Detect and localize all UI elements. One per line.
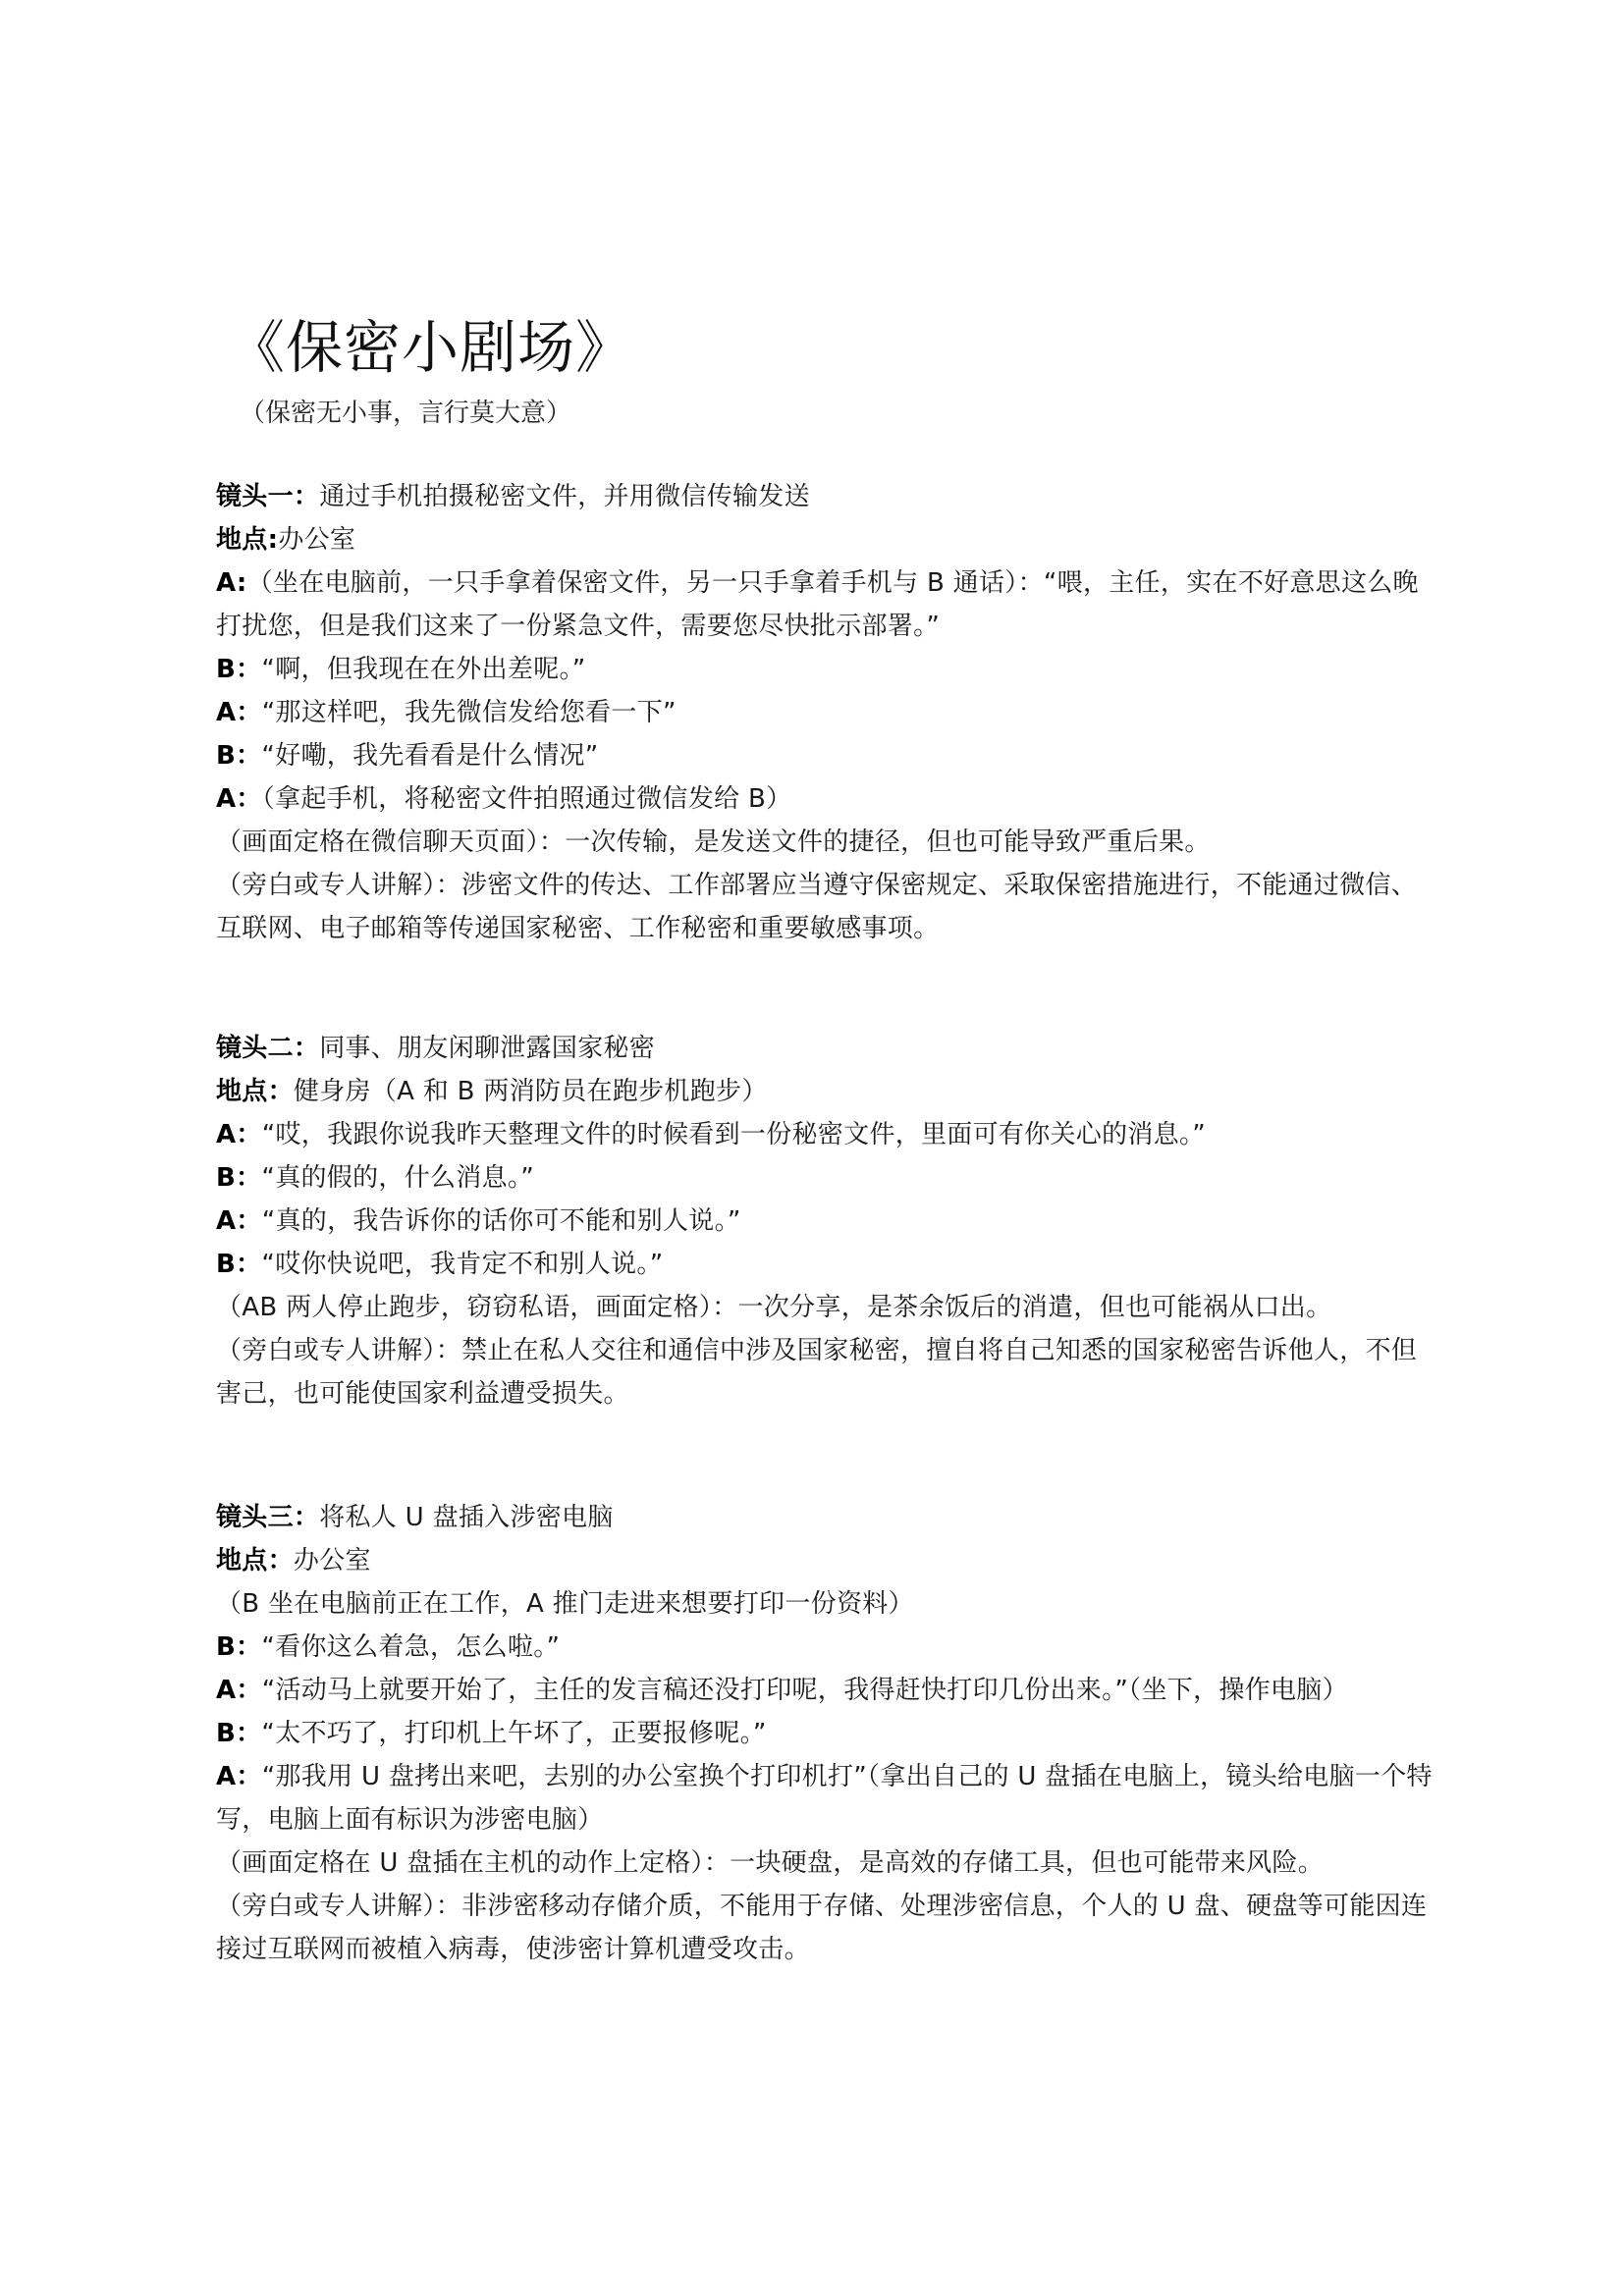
location-label: 地点： — [216, 1077, 294, 1106]
speaker: B： — [216, 1632, 261, 1662]
scene-heading-text: 同事、朋友闲聊泄露国家秘密 — [319, 1034, 655, 1063]
dialogue-line: A:（坐在电脑前，一只手拿着保密文件，另一只手拿着手机与 B 通话）：“喂，主任… — [216, 561, 1438, 648]
stage-direction: （画面定格在微信聊天页面）：一次传输，是发送文件的捷径，但也可能导致严重后果。 — [216, 821, 1438, 864]
speaker: B： — [216, 1719, 261, 1748]
speaker: A： — [216, 1206, 262, 1236]
scene-heading: 镜头二：同事、朋友闲聊泄露国家秘密 — [216, 1027, 1438, 1070]
dialogue-text: “那这样吧，我先微信发给您看一下” — [262, 698, 677, 727]
direction-text: （AB 两人停止跑步，窃窃私语，画面定格）：一次分享，是茶余饭后的消遣，但也可能… — [216, 1293, 1331, 1322]
dialogue-text: “好嘞，我先看看是什么情况” — [261, 741, 598, 771]
dialogue-text: “那我用 U 盘拷出来吧，去别的办公室换个打印机打”（拿出自己的 U 盘插在电脑… — [216, 1762, 1433, 1835]
dialogue-text: “啊，但我现在在外出差呢。” — [261, 655, 585, 684]
dialogue-text: “真的，我告诉你的话你可不能和别人说。” — [262, 1206, 741, 1236]
dialogue-text: “真的假的，什么消息。” — [261, 1163, 534, 1193]
speaker: A： — [216, 698, 262, 727]
speaker: A： — [216, 1762, 262, 1791]
dialogue-text: “哎你快说吧，我肯定不和别人说。” — [261, 1250, 663, 1279]
narration: （旁白或专人讲解）：禁止在私人交往和通信中涉及国家秘密，擅自将自己知悉的国家秘密… — [216, 1329, 1438, 1415]
narration-text: （旁白或专人讲解）：非涉密移动存储介质，不能用于存储、处理涉密信息，个人的 U … — [216, 1892, 1427, 1964]
dialogue-line: A：“真的，我告诉你的话你可不能和别人说。” — [216, 1200, 1438, 1243]
location-text: 办公室 — [294, 1546, 371, 1575]
narration-text: （旁白或专人讲解）：涉密文件的传达、工作部署应当遵守保密规定、采取保密措施进行，… — [216, 871, 1417, 943]
scene-heading-label: 镜头三： — [216, 1503, 319, 1532]
dialogue-line: B：“看你这么着急，怎么啦。” — [216, 1626, 1438, 1669]
location-text: 办公室 — [278, 525, 355, 555]
narration: （旁白或专人讲解）：非涉密移动存储介质，不能用于存储、处理涉密信息，个人的 U … — [216, 1885, 1438, 1971]
speaker: B： — [216, 741, 261, 771]
stage-direction: （AB 两人停止跑步，窃窃私语，画面定格）：一次分享，是茶余饭后的消遣，但也可能… — [216, 1286, 1438, 1329]
scene-location: 地点：健身房（A 和 B 两消防员在跑步机跑步） — [216, 1070, 1438, 1113]
dialogue-line: A：“那这样吧，我先微信发给您看一下” — [216, 691, 1438, 734]
dialogue-line: B：“真的假的，什么消息。” — [216, 1156, 1438, 1200]
dialogue-text: “活动马上就要开始了，主任的发言稿还没打印呢，我得赶快打印几份出来。”（坐下，操… — [262, 1676, 1348, 1705]
dialogue-text: “哎，我跟你说我昨天整理文件的时候看到一份秘密文件，里面可有你关心的消息。” — [262, 1120, 1206, 1149]
stage-direction: （B 坐在电脑前正在工作，A 推门走进来想要打印一份资料） — [216, 1582, 1438, 1626]
speaker: A： — [216, 1676, 262, 1705]
dialogue-line: B：“好嘞，我先看看是什么情况” — [216, 734, 1438, 777]
scene-heading: 镜头一：通过手机拍摄秘密文件，并用微信传输发送 — [216, 475, 1438, 518]
scene-location: 地点:办公室 — [216, 518, 1438, 561]
speaker: A： — [216, 784, 262, 814]
dialogue-line: A：（拿起手机，将秘密文件拍照通过微信发给 B） — [216, 777, 1438, 821]
stage-direction: （画面定格在 U 盘插在主机的动作上定格）：一块硬盘，是高效的存储工具，但也可能… — [216, 1842, 1438, 1885]
speaker: B： — [216, 1163, 261, 1193]
speaker: A: — [216, 568, 247, 598]
page-title: 《保密小剧场》 — [228, 312, 633, 383]
scene-1: 镜头一：通过手机拍摄秘密文件，并用微信传输发送 地点:办公室 A:（坐在电脑前，… — [216, 475, 1438, 950]
scene-heading-label: 镜头二： — [216, 1034, 319, 1063]
direction-text: （B 坐在电脑前正在工作，A 推门走进来想要打印一份资料） — [216, 1589, 914, 1619]
scene-heading-label: 镜头一： — [216, 482, 319, 511]
dialogue-line: A：“那我用 U 盘拷出来吧，去别的办公室换个打印机打”（拿出自己的 U 盘插在… — [216, 1755, 1438, 1842]
scene-heading-text: 通过手机拍摄秘密文件，并用微信传输发送 — [319, 482, 810, 511]
speaker: B： — [216, 655, 261, 684]
dialogue-text: （坐在电脑前，一只手拿着保密文件，另一只手拿着手机与 B 通话）：“喂，主任，实… — [216, 568, 1419, 641]
speaker: B： — [216, 1250, 261, 1279]
speaker: A： — [216, 1120, 262, 1149]
narration-text: （旁白或专人讲解）：禁止在私人交往和通信中涉及国家秘密，擅自将自己知悉的国家秘密… — [216, 1336, 1417, 1409]
dialogue-text: “看你这么着急，怎么啦。” — [261, 1632, 560, 1662]
dialogue-line: B：“啊，但我现在在外出差呢。” — [216, 648, 1438, 691]
scene-heading-text: 将私人 U 盘插入涉密电脑 — [319, 1503, 613, 1532]
dialogue-text: （拿起手机，将秘密文件拍照通过微信发给 B） — [262, 784, 792, 814]
direction-text: （画面定格在 U 盘插在主机的动作上定格）：一块硬盘，是高效的存储工具，但也可能… — [216, 1848, 1324, 1878]
dialogue-text: “太不巧了，打印机上午坏了，正要报修呢。” — [261, 1719, 766, 1748]
location-text: 健身房（A 和 B 两消防员在跑步机跑步） — [294, 1077, 768, 1106]
direction-text: （画面定格在微信聊天页面）：一次传输，是发送文件的捷径，但也可能导致严重后果。 — [216, 828, 1211, 857]
scene-location: 地点：办公室 — [216, 1539, 1438, 1582]
page-subtitle: （保密无小事，言行莫大意） — [240, 396, 571, 431]
dialogue-line: A：“哎，我跟你说我昨天整理文件的时候看到一份秘密文件，里面可有你关心的消息。” — [216, 1113, 1438, 1156]
location-label: 地点： — [216, 1546, 294, 1575]
location-label: 地点: — [216, 525, 278, 555]
narration: （旁白或专人讲解）：涉密文件的传达、工作部署应当遵守保密规定、采取保密措施进行，… — [216, 864, 1438, 950]
dialogue-line: A：“活动马上就要开始了，主任的发言稿还没打印呢，我得赶快打印几份出来。”（坐下… — [216, 1669, 1438, 1712]
scene-heading: 镜头三：将私人 U 盘插入涉密电脑 — [216, 1496, 1438, 1539]
scene-2: 镜头二：同事、朋友闲聊泄露国家秘密 地点：健身房（A 和 B 两消防员在跑步机跑… — [216, 1027, 1438, 1415]
scene-3: 镜头三：将私人 U 盘插入涉密电脑 地点：办公室 （B 坐在电脑前正在工作，A … — [216, 1496, 1438, 1971]
document-page: 《保密小剧场》 （保密无小事，言行莫大意） 镜头一：通过手机拍摄秘密文件，并用微… — [0, 0, 1624, 2296]
dialogue-line: B：“太不巧了，打印机上午坏了，正要报修呢。” — [216, 1712, 1438, 1755]
dialogue-line: B：“哎你快说吧，我肯定不和别人说。” — [216, 1243, 1438, 1286]
